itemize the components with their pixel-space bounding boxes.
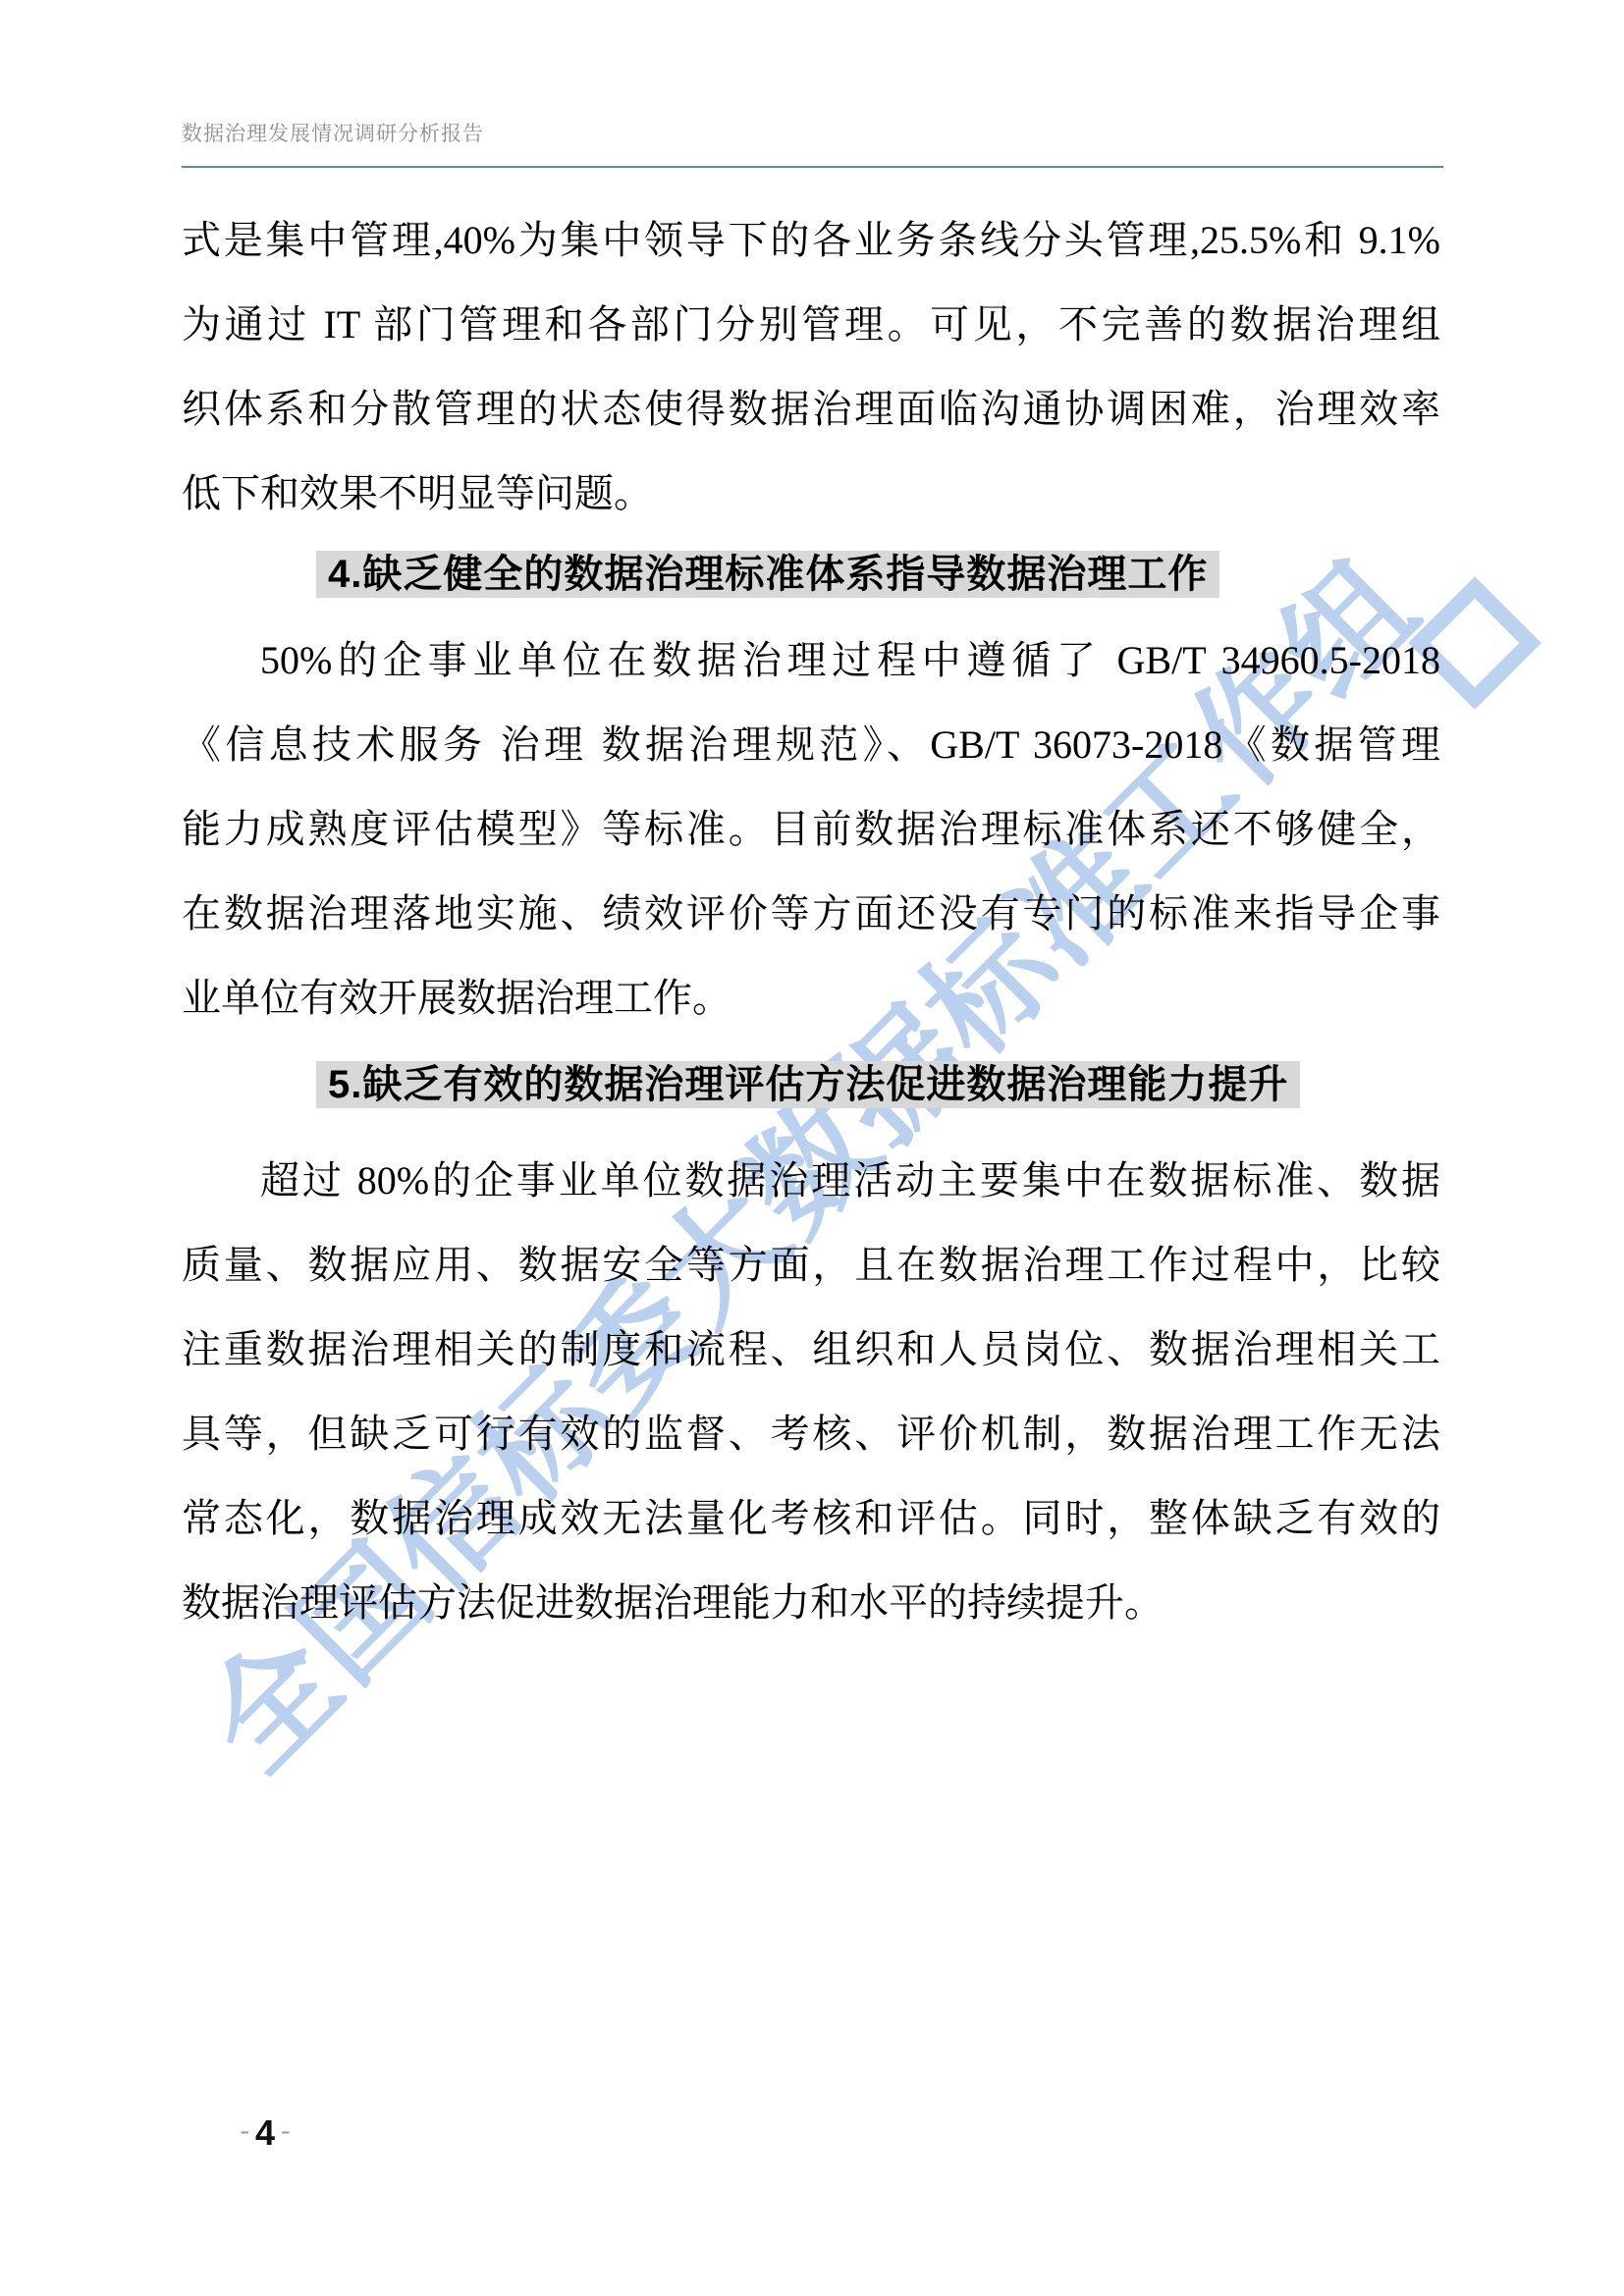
text-line: 50%的企事业单位在数据治理过程中遵循了 GB/T 34960.5-2018	[182, 618, 1440, 703]
text-line: 为通过 IT 部门管理和各部门分别管理。可见，不完善的数据治理组	[182, 283, 1440, 367]
section-heading-4-text: 4.缺乏健全的数据治理标准体系指导数据治理工作	[316, 551, 1219, 598]
section-heading-5: 5.缺乏有效的数据治理评估方法促进数据治理能力提升	[316, 1061, 1300, 1108]
page-number-dash-right: -	[275, 2115, 296, 2146]
text-line: 业单位有效开展数据治理工作。	[182, 956, 1440, 1041]
paragraph-1: 式是集中管理,40%为集中领导下的各业务条线分头管理,25.5%和 9.1% 为…	[182, 198, 1440, 536]
text-line: 低下和效果不明显等问题。	[182, 452, 1440, 536]
text-line: 在数据治理落地实施、绩效评价等方面还没有专门的标准来指导企事	[182, 872, 1440, 956]
page-number: -4-	[182, 2112, 349, 2154]
paragraph-3: 超过 80%的企事业单位数据治理活动主要集中在数据标准、数据 质量、数据应用、数…	[182, 1139, 1440, 1645]
text-line: 具等，但缺乏可行有效的监督、考核、评价机制，数据治理工作无法	[182, 1392, 1440, 1476]
text-line: 数据治理评估方法促进数据治理能力和水平的持续提升。	[182, 1561, 1440, 1645]
page-header-title: 数据治理发展情况调研分析报告	[182, 118, 484, 147]
text-line: 超过 80%的企事业单位数据治理活动主要集中在数据标准、数据	[182, 1139, 1440, 1223]
text-line: 注重数据治理相关的制度和流程、组织和人员岗位、数据治理相关工	[182, 1308, 1440, 1392]
text-line: 式是集中管理,40%为集中领导下的各业务条线分头管理,25.5%和 9.1%	[182, 198, 1440, 283]
document-page: 全国信标委大数据标准工作组 数据治理发展情况调研分析报告 式是集中管理,40%为…	[0, 0, 1624, 2296]
paragraph-2: 50%的企事业单位在数据治理过程中遵循了 GB/T 34960.5-2018 《…	[182, 618, 1440, 1041]
text-line: 常态化，数据治理成效无法量化考核和评估。同时，整体缺乏有效的	[182, 1476, 1440, 1561]
text-line: 能力成熟度评估模型》等标准。目前数据治理标准体系还不够健全，	[182, 787, 1440, 872]
text-line: 质量、数据应用、数据安全等方面，且在数据治理工作过程中，比较	[182, 1223, 1440, 1308]
page-number-value: 4	[255, 2112, 275, 2153]
text-line: 《信息技术服务 治理 数据治理规范》、GB/T 36073-2018《数据管理	[182, 703, 1440, 787]
section-heading-4: 4.缺乏健全的数据治理标准体系指导数据治理工作	[316, 551, 1219, 598]
page-number-dash-left: -	[235, 2115, 255, 2146]
text-line: 织体系和分散管理的状态使得数据治理面临沟通协调困难，治理效率	[182, 367, 1440, 452]
header-divider	[182, 166, 1443, 168]
section-heading-5-text: 5.缺乏有效的数据治理评估方法促进数据治理能力提升	[316, 1061, 1300, 1108]
